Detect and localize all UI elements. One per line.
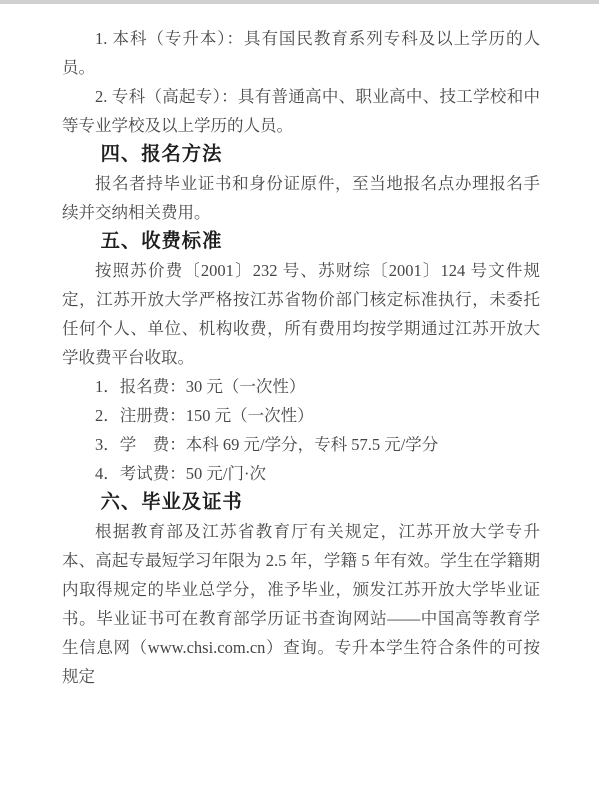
document-body: 1. 本科（专升本）：具有国民教育系列专科及以上学历的人员。 2. 专科（高起专… [62,24,540,691]
fee-item-registration: 1．报名费：30 元（一次性） [62,372,540,401]
document-page: 1. 本科（专升本）：具有国民教育系列专科及以上学历的人员。 2. 专科（高起专… [0,0,599,786]
page-top-divider [0,0,599,4]
paragraph-benke-eligibility: 1. 本科（专升本）：具有国民教育系列专科及以上学历的人员。 [62,24,540,82]
heading-graduation-certificate: 六、毕业及证书 [62,488,540,517]
fee-item-tuition: 3．学 费：本科 69 元/学分，专科 57.5 元/学分 [62,430,540,459]
fee-item-exam: 4．考试费：50 元/门·次 [62,459,540,488]
heading-registration-method: 四、报名方法 [62,140,540,169]
heading-fee-standard: 五、收费标准 [62,227,540,256]
paragraph-registration-method: 报名者持毕业证书和身份证原件，至当地报名点办理报名手续并交纳相关费用。 [62,169,540,227]
paragraph-zhuanke-eligibility: 2. 专科（高起专）：具有普通高中、职业高中、技工学校和中等专业学校及以上学历的… [62,82,540,140]
fee-item-enrollment: 2．注册费：150 元（一次性） [62,401,540,430]
paragraph-fee-policy: 按照苏价费〔2001〕232 号、苏财综〔2001〕124 号文件规定，江苏开放… [62,256,540,372]
paragraph-graduation-rules: 根据教育部及江苏省教育厅有关规定，江苏开放大学专升本、高起专最短学习年限为 2.… [62,517,540,691]
